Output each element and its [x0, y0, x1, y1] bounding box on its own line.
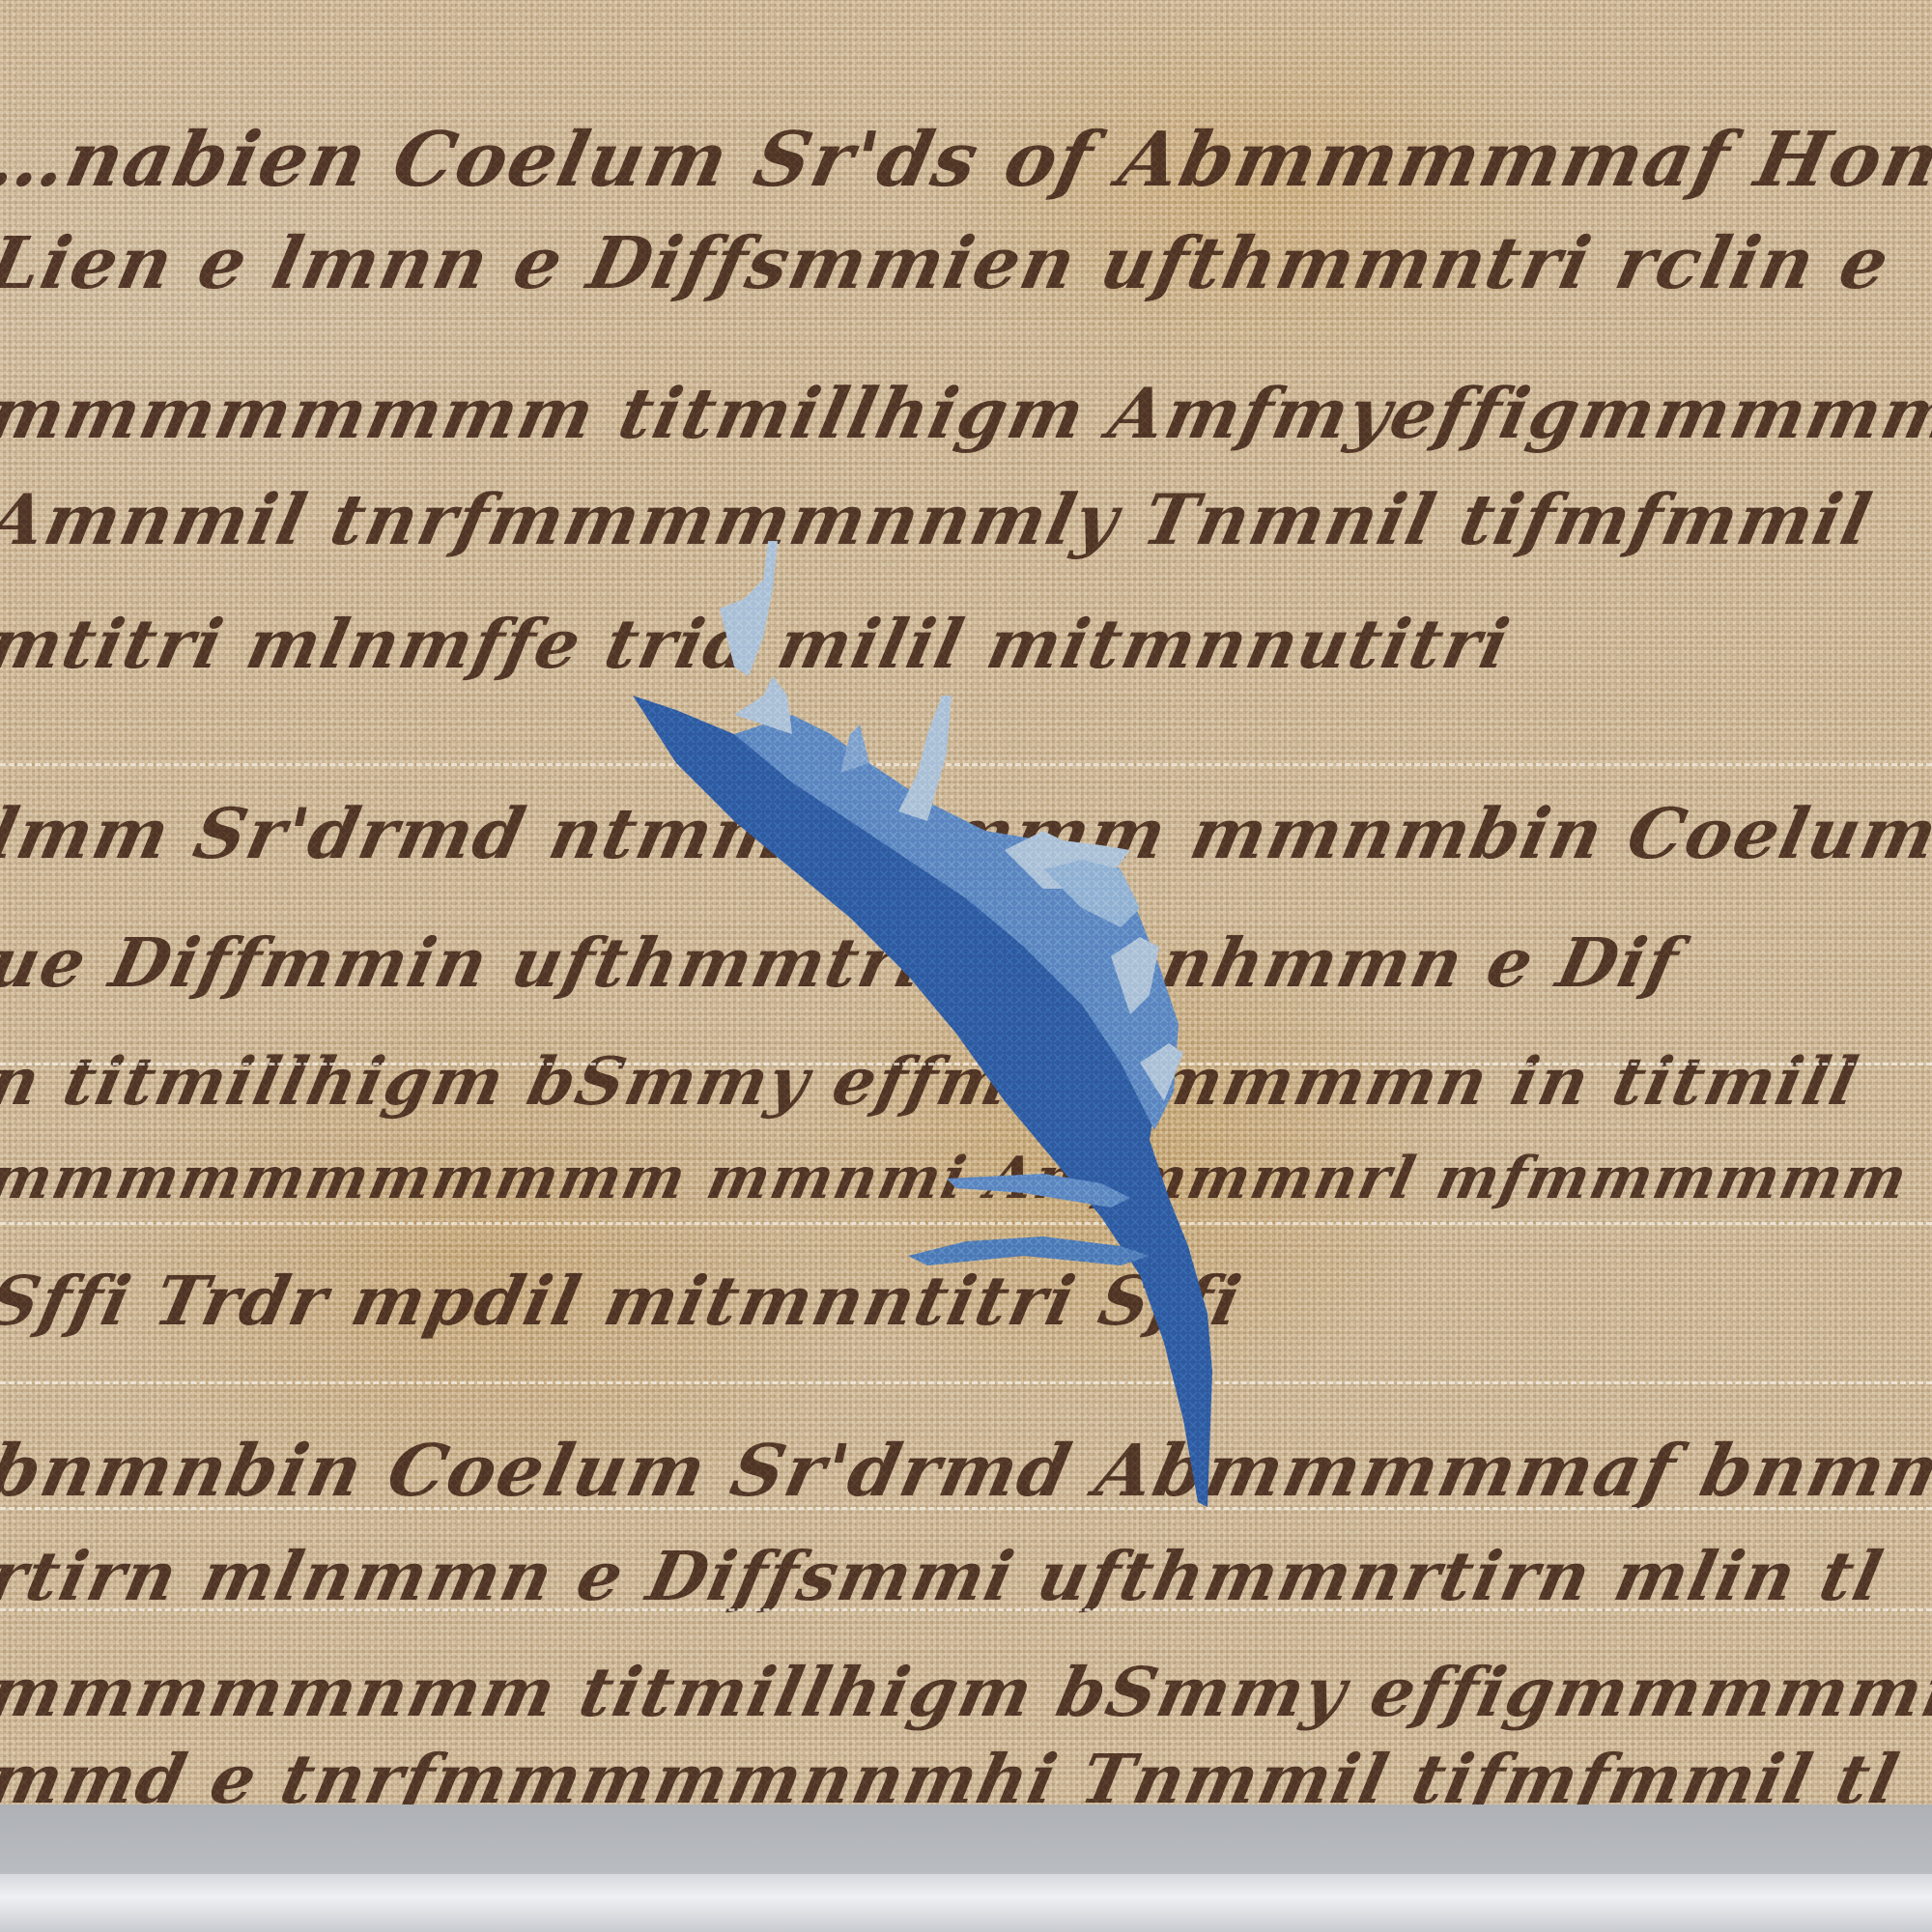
frame-edge-inner	[0, 1804, 1932, 1874]
printed-script-fabric: …nabien Coelum Sr'ds of Abmmmmmaf Hona L…	[0, 0, 1932, 1806]
frame-edge-outer	[0, 1874, 1932, 1932]
cross-stitch-feather	[0, 0, 1932, 1806]
